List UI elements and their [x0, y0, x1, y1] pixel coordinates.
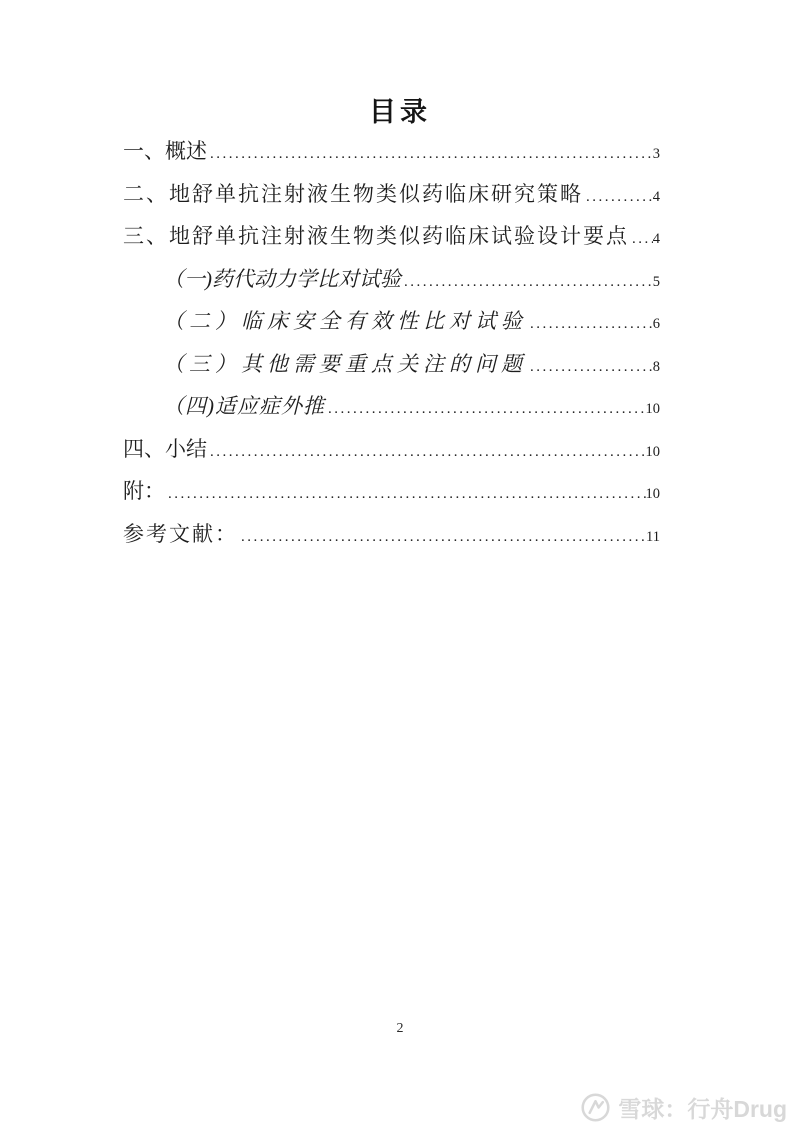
toc-entry-page: 10 — [646, 473, 661, 516]
page-number: 2 — [0, 1021, 800, 1037]
toc-entry-label: 参考文献： — [123, 513, 238, 556]
toc-entry-page: 10 — [646, 388, 661, 431]
toc-entry-label: （一)药代动力学比对试验 — [163, 258, 401, 301]
toc-entry-label: （三）其他需要重点关注的问题 — [163, 343, 527, 386]
dot-leader: ........................................… — [583, 176, 653, 219]
toc-entry: 二、地舒单抗注射液生物类似药临床研究策略 ...................… — [123, 173, 660, 216]
toc-entry-page: 4 — [653, 176, 660, 219]
toc-entry-label: 附： — [123, 470, 165, 513]
dot-leader: ........................................… — [165, 473, 646, 516]
toc-entry: 参考文献： ..................................… — [123, 513, 660, 556]
toc-entry: 附： .....................................… — [123, 470, 660, 513]
toc-entry: （二）临床安全有效性比对试验 .........................… — [123, 300, 660, 343]
toc-entry-label: 一、概述 — [123, 130, 207, 173]
toc-entry: （四)适应症外推 ...............................… — [123, 385, 660, 428]
toc-entry-page: 8 — [653, 346, 660, 389]
dot-leader: ........................................… — [527, 303, 653, 346]
toc-entry: 一、概述 ...................................… — [123, 130, 660, 173]
toc-entry-label: 三、地舒单抗注射液生物类似药临床试验设计要点 — [123, 215, 629, 258]
dot-leader: ........................................… — [207, 133, 653, 176]
dot-leader: ........................................… — [207, 431, 646, 474]
toc-entry-page: 5 — [653, 261, 660, 304]
watermark-text: 雪球：行舟Drug — [618, 1091, 787, 1124]
dot-leader: ........................................… — [401, 261, 653, 304]
toc-entry-page: 10 — [646, 431, 661, 474]
watermark: 雪球：行舟Drug — [580, 1091, 787, 1124]
xueqiu-snowball-logo-icon — [580, 1092, 611, 1123]
toc-entry-label: 二、地舒单抗注射液生物类似药临床研究策略 — [123, 173, 583, 216]
dot-leader: ........................................… — [527, 346, 653, 389]
toc-entry-page: 4 — [653, 218, 660, 261]
dot-leader: ........................................… — [238, 516, 646, 559]
document-page: 目录 一、概述 ................................… — [0, 0, 800, 1131]
toc-entry: （一)药代动力学比对试验 ...........................… — [123, 258, 660, 301]
table-of-contents: 一、概述 ...................................… — [123, 130, 660, 555]
toc-entry-page: 6 — [653, 303, 660, 346]
toc-entry: 三、地舒单抗注射液生物类似药临床试验设计要点 .................… — [123, 215, 660, 258]
toc-entry-page: 3 — [653, 133, 660, 176]
toc-title: 目录 — [0, 0, 800, 129]
dot-leader: ........................................… — [325, 388, 646, 431]
toc-entry-page: 11 — [646, 516, 660, 559]
dot-leader: ........................................… — [629, 218, 653, 261]
toc-entry-label: （四)适应症外推 — [163, 385, 325, 428]
toc-entry: 四、小结 ...................................… — [123, 428, 660, 471]
toc-entry-label: （二）临床安全有效性比对试验 — [163, 300, 527, 343]
toc-entry: （三）其他需要重点关注的问题 .........................… — [123, 343, 660, 386]
toc-entry-label: 四、小结 — [123, 428, 207, 471]
